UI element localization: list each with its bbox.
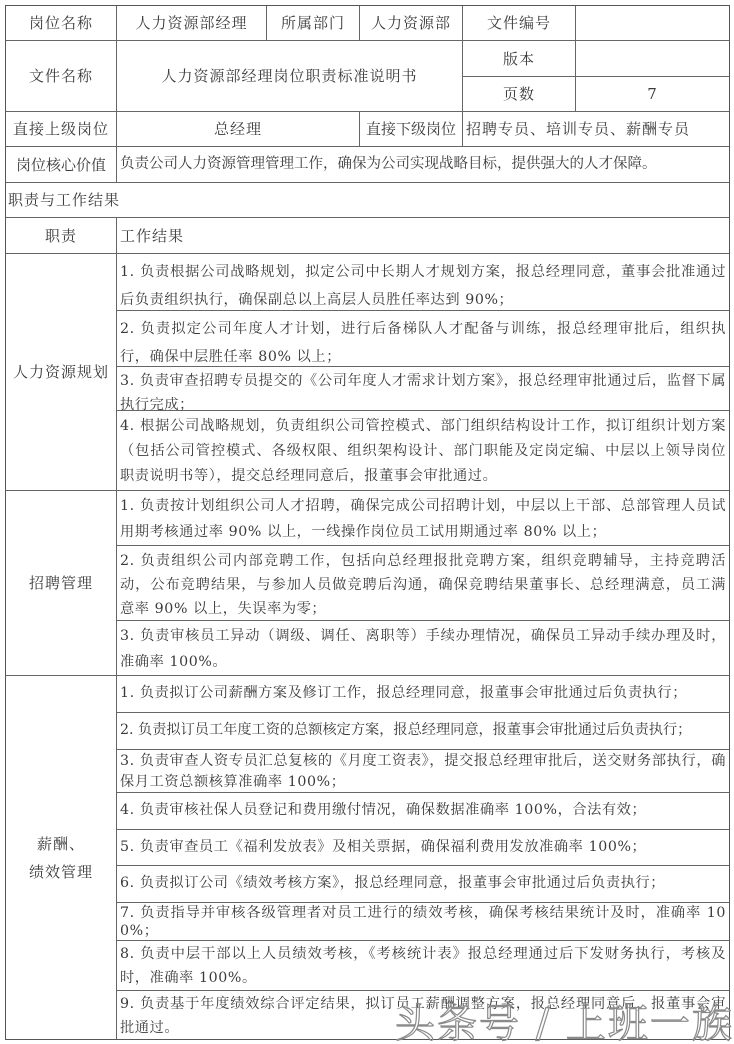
result-item: 2. 负责组织公司内部竞聘工作，包括向总经理报批竞聘方案，组织竞聘辅导，主持竞聘… <box>117 546 729 621</box>
result-item: 1. 负责拟订公司薪酬方案及修订工作，报总经理同意，报董事会审批通过后负责执行； <box>117 676 729 713</box>
position-name-label: 岗位名称 <box>6 6 117 41</box>
doc-number-label: 文件编号 <box>463 6 576 41</box>
column-header-duty: 职责 <box>6 218 117 254</box>
duty-hr-planning: 人力资源规划 <box>6 254 117 491</box>
job-description-table: 岗位名称 人力资源部经理 所属部门 人力资源部 文件编号 文件名称 人力资源部经… <box>5 5 730 1040</box>
result-item: 1. 负责按计划组织公司人才招聘，确保完成公司招聘计划，中层以上干部、总部管理人… <box>117 491 729 546</box>
result-item: 6. 负责拟订公司《绩效考核方案》，报总经理同意，报董事会审批通过后负责执行； <box>117 866 729 903</box>
duty-label-line2: 绩效管理 <box>29 858 93 886</box>
result-item: 4. 负责审核社保人员登记和费用缴付情况，确保数据准确率 100%，合法有效； <box>117 793 729 830</box>
superior-value: 总经理 <box>117 112 360 147</box>
position-name-value: 人力资源部经理 <box>117 6 267 41</box>
superior-label: 直接上级岗位 <box>6 112 117 147</box>
version-label: 版本 <box>463 41 576 77</box>
duty-label-line1: 薪酬、 <box>37 830 85 858</box>
result-item: 5. 负责审查员工《福利发放表》及相关票据，确保福利费用发放准确率 100%； <box>117 830 729 866</box>
duty-recruitment: 招聘管理 <box>6 491 117 676</box>
result-item: 9. 负责基于年度绩效综合评定结果，拟订员工薪酬调整方案，报总经理同意后，报董事… <box>117 991 729 1039</box>
pages-label: 页数 <box>463 77 576 112</box>
duty-compensation-performance: 薪酬、 绩效管理 <box>6 676 117 1039</box>
result-item: 3. 负责审核员工异动（调级、调任、离职等）手续办理情况，确保员工异动手续办理及… <box>117 621 729 676</box>
core-value-text: 负责公司人力资源管理管理工作，确保为公司实现战略目标，提供强大的人才保障。 <box>117 147 729 183</box>
result-item: 3. 负责审查招聘专员提交的《公司年度人才需求计划方案》，报总经理审批通过后，监… <box>117 367 729 411</box>
department-label: 所属部门 <box>267 6 360 41</box>
core-value-label: 岗位核心价值 <box>6 147 117 183</box>
result-item: 7. 负责指导并审核各级管理者对员工进行的绩效考核，确保考核结果统计及时，准确率… <box>117 903 729 941</box>
result-item: 4. 根据公司战略规划，负责组织公司管控模式、部门组织结构设计工作，拟订组织计划… <box>117 411 729 491</box>
result-item: 2. 负责拟订员工年度工资的总额核定方案，报总经理同意，报董事会审批通过后负责执… <box>117 713 729 750</box>
result-item: 1. 负责根据公司战略规划，拟定公司中长期人才规划方案，报总经理同意，董事会批准… <box>117 254 729 311</box>
pages-value: 7 <box>576 77 729 112</box>
version-value <box>576 41 729 77</box>
result-item: 8. 负责中层干部以上人员绩效考核，《考核统计表》报总经理通过后下发财务执行，考… <box>117 941 729 991</box>
result-item: 2. 负责拟定公司年度人才计划，进行后备梯队人才配备与训练，报总经理审批后，组织… <box>117 311 729 367</box>
doc-name-value: 人力资源部经理岗位职责标准说明书 <box>117 41 463 112</box>
result-item: 3. 负责审查人资专员汇总复核的《月度工资表》，提交报总经理审批后，送交财务部执… <box>117 750 729 793</box>
section-title: 职责与工作结果 <box>6 183 729 218</box>
department-value: 人力资源部 <box>360 6 463 41</box>
subordinate-value: 招聘专员、培训专员、薪酬专员 <box>463 112 729 147</box>
doc-number-value <box>576 6 729 41</box>
doc-name-label: 文件名称 <box>6 41 117 112</box>
subordinate-label: 直接下级岗位 <box>360 112 463 147</box>
column-header-result: 工作结果 <box>117 218 729 254</box>
